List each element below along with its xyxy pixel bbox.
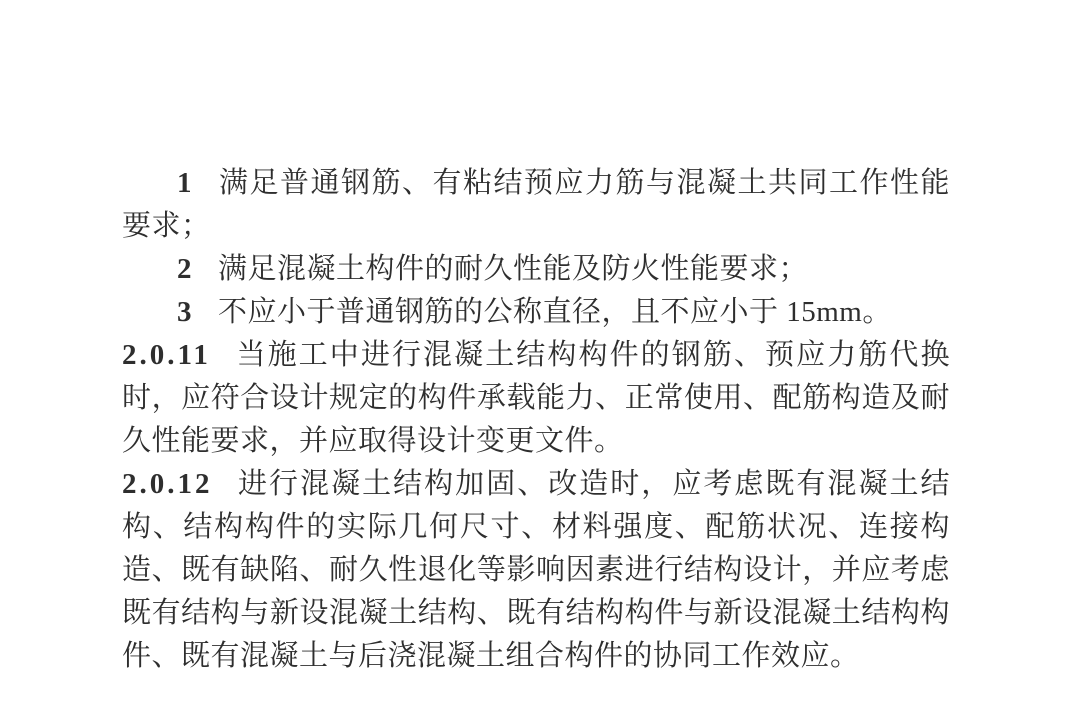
clause-2-0-12-line-4: 既有结构与新设混凝土结构、既有结构构件与新设混凝土结构构 — [122, 592, 950, 635]
clause-2-0-11-line-2: 时，应符合设计规定的构件承载能力、正常使用、配筋构造及耐 — [122, 377, 950, 420]
clause-2-0-12-line-1: 2.0.12进行混凝土结构加固、改造时，应考虑既有混凝土结 — [122, 463, 950, 506]
subclause-2-line: 2满足混凝土构件的耐久性能及防火性能要求； — [122, 248, 950, 291]
clause-2-0-12-text-3: 造、既有缺陷、耐久性退化等影响因素进行结构设计，并应考虑 — [122, 554, 950, 586]
subclause-2-number: 2 — [177, 253, 192, 285]
clause-2-0-12-text-2: 构、结构构件的实际几何尺寸、材料强度、配筋状况、连接构 — [122, 511, 950, 543]
clause-2-0-12-line-5: 件、既有混凝土与后浇混凝土组合构件的协同工作效应。 — [122, 635, 950, 678]
clause-2-0-12-number: 2.0.12 — [122, 468, 213, 500]
clause-2-0-11-text-2: 时，应符合设计规定的构件承载能力、正常使用、配筋构造及耐 — [122, 382, 950, 414]
subclause-1-line-1: 1满足普通钢筋、有粘结预应力筋与混凝土共同工作性能 — [122, 162, 950, 205]
clause-2-0-11-text-3: 久性能要求，并应取得设计变更文件。 — [122, 425, 624, 457]
clause-2-0-12-line-2: 构、结构构件的实际几何尺寸、材料强度、配筋状况、连接构 — [122, 506, 950, 549]
subclause-1-line-2: 要求； — [122, 205, 950, 248]
subclause-1-number: 1 — [177, 167, 192, 199]
subclause-1-continuation-text: 要求； — [122, 210, 211, 242]
clause-2-0-11-number: 2.0.11 — [122, 339, 211, 371]
clause-2-0-12-text-4: 既有结构与新设混凝土结构、既有结构构件与新设混凝土结构构 — [122, 597, 950, 629]
clause-2-0-11-line-3: 久性能要求，并应取得设计变更文件。 — [122, 420, 950, 463]
subclause-1-text: 满足普通钢筋、有粘结预应力筋与混凝土共同工作性能 — [218, 167, 950, 199]
clause-2-0-12-line-3: 造、既有缺陷、耐久性退化等影响因素进行结构设计，并应考虑 — [122, 549, 950, 592]
subclause-3-number: 3 — [177, 296, 192, 328]
subclause-3-line: 3不应小于普通钢筋的公称直径，且不应小于 15mm。 — [122, 291, 950, 334]
clause-2-0-12-text-5: 件、既有混凝土与后浇混凝土组合构件的协同工作效应。 — [122, 640, 860, 672]
subclause-3-text: 不应小于普通钢筋的公称直径，且不应小于 15mm。 — [218, 296, 892, 328]
clause-2-0-12-text-1: 进行混凝土结构加固、改造时，应考虑既有混凝土结 — [237, 468, 951, 500]
subclause-2-text: 满足混凝土构件的耐久性能及防火性能要求； — [218, 253, 808, 285]
clause-2-0-11-text-1: 当施工中进行混凝土结构构件的钢筋、预应力筋代换 — [235, 339, 950, 371]
clause-2-0-11-line-1: 2.0.11当施工中进行混凝土结构构件的钢筋、预应力筋代换 — [122, 334, 950, 377]
document-page: 1满足普通钢筋、有粘结预应力筋与混凝土共同工作性能 要求； 2满足混凝土构件的耐… — [0, 0, 1080, 678]
